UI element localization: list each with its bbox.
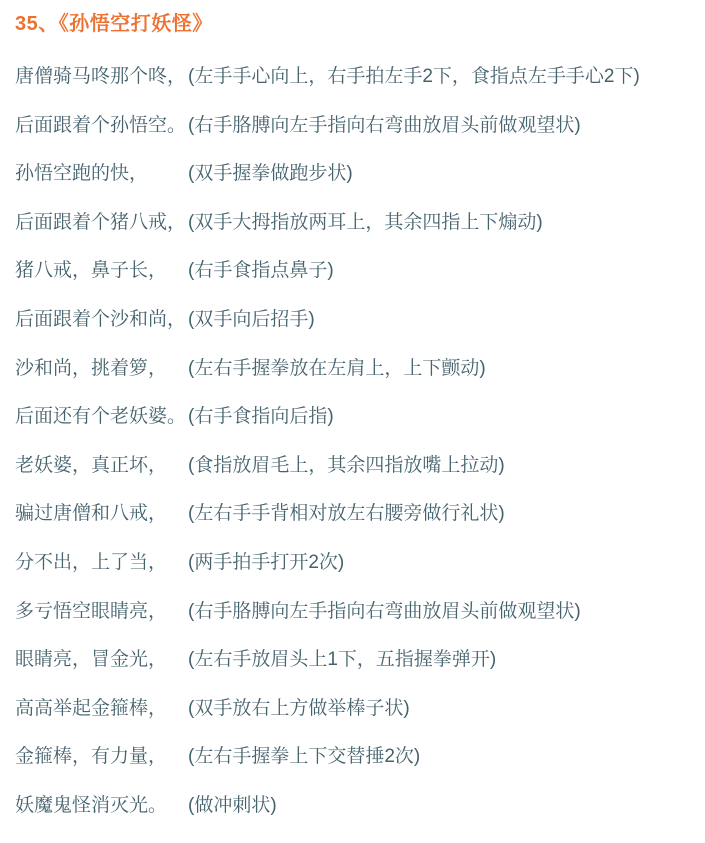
action-text: (左手手心向上，右手拍左手2下，食指点左手手心2下) bbox=[188, 66, 640, 88]
song-line: 后面还有个老妖婆。 (右手食指向后指) bbox=[15, 406, 687, 428]
lyric-text: 唐僧骑马咚那个咚， bbox=[15, 66, 188, 88]
song-line: 后面跟着个沙和尚， (双手向后招手) bbox=[15, 309, 687, 331]
lyric-text: 妖魔鬼怪消灭光。 bbox=[15, 795, 188, 817]
lyric-text: 分不出，上了当， bbox=[15, 552, 188, 574]
song-line: 妖魔鬼怪消灭光。 (做冲刺状) bbox=[15, 795, 687, 817]
action-text: (右手胳膊向左手指向右弯曲放眉头前做观望状) bbox=[188, 115, 581, 137]
document-page: 35、《孙悟空打妖怪》 唐僧骑马咚那个咚， (左手手心向上，右手拍左手2下，食指… bbox=[0, 0, 705, 843]
action-text: (左右手放眉头上1下，五指握拳弹开) bbox=[188, 649, 496, 671]
song-line: 后面跟着个孙悟空。 (右手胳膊向左手指向右弯曲放眉头前做观望状) bbox=[15, 115, 687, 137]
song-lines: 唐僧骑马咚那个咚， (左手手心向上，右手拍左手2下，食指点左手手心2下) 后面跟… bbox=[15, 66, 687, 817]
lyric-text: 金箍棒，有力量， bbox=[15, 746, 188, 768]
page-title: 35、《孙悟空打妖怪》 bbox=[15, 13, 687, 36]
lyric-text: 沙和尚，挑着箩， bbox=[15, 358, 188, 380]
action-text: (左右手手背相对放左右腰旁做行礼状) bbox=[188, 503, 505, 525]
action-text: (双手向后招手) bbox=[188, 309, 315, 331]
lyric-text: 猪八戒，鼻子长， bbox=[15, 260, 188, 282]
action-text: (双手大拇指放两耳上，其余四指上下煽动) bbox=[188, 212, 543, 234]
action-text: (两手拍手打开2次) bbox=[188, 552, 344, 574]
lyric-text: 高高举起金箍棒， bbox=[15, 698, 188, 720]
lyric-text: 后面跟着个猪八戒， bbox=[15, 212, 188, 234]
song-line: 后面跟着个猪八戒， (双手大拇指放两耳上，其余四指上下煽动) bbox=[15, 212, 687, 234]
lyric-text: 骗过唐僧和八戒， bbox=[15, 503, 188, 525]
lyric-text: 后面跟着个孙悟空。 bbox=[15, 115, 188, 137]
song-line: 骗过唐僧和八戒， (左右手手背相对放左右腰旁做行礼状) bbox=[15, 503, 687, 525]
lyric-text: 眼睛亮，冒金光， bbox=[15, 649, 188, 671]
lyric-text: 老妖婆，真正坏， bbox=[15, 455, 188, 477]
lyric-text: 多亏悟空眼睛亮， bbox=[15, 601, 188, 623]
lyric-text: 孙悟空跑的快， bbox=[15, 163, 188, 185]
action-text: (右手胳膊向左手指向右弯曲放眉头前做观望状) bbox=[188, 601, 581, 623]
action-text: (左右手握拳上下交替捶2次) bbox=[188, 746, 420, 768]
song-line: 多亏悟空眼睛亮， (右手胳膊向左手指向右弯曲放眉头前做观望状) bbox=[15, 601, 687, 623]
song-line: 高高举起金箍棒， (双手放右上方做举棒子状) bbox=[15, 698, 687, 720]
lyric-text: 后面跟着个沙和尚， bbox=[15, 309, 188, 331]
action-text: (右手食指向后指) bbox=[188, 406, 334, 428]
lyric-text: 后面还有个老妖婆。 bbox=[15, 406, 188, 428]
song-line: 眼睛亮，冒金光， (左右手放眉头上1下，五指握拳弹开) bbox=[15, 649, 687, 671]
song-line: 分不出，上了当， (两手拍手打开2次) bbox=[15, 552, 687, 574]
action-text: (做冲刺状) bbox=[188, 795, 277, 817]
song-line: 金箍棒，有力量， (左右手握拳上下交替捶2次) bbox=[15, 746, 687, 768]
song-line: 猪八戒，鼻子长， (右手食指点鼻子) bbox=[15, 260, 687, 282]
song-line: 老妖婆，真正坏， (食指放眉毛上，其余四指放嘴上拉动) bbox=[15, 455, 687, 477]
action-text: (右手食指点鼻子) bbox=[188, 260, 334, 282]
action-text: (左右手握拳放在左肩上，上下颤动) bbox=[188, 358, 486, 380]
action-text: (双手握拳做跑步状) bbox=[188, 163, 353, 185]
song-line: 孙悟空跑的快， (双手握拳做跑步状) bbox=[15, 163, 687, 185]
action-text: (双手放右上方做举棒子状) bbox=[188, 698, 410, 720]
song-line: 沙和尚，挑着箩， (左右手握拳放在左肩上，上下颤动) bbox=[15, 358, 687, 380]
song-line: 唐僧骑马咚那个咚， (左手手心向上，右手拍左手2下，食指点左手手心2下) bbox=[15, 66, 687, 88]
action-text: (食指放眉毛上，其余四指放嘴上拉动) bbox=[188, 455, 505, 477]
